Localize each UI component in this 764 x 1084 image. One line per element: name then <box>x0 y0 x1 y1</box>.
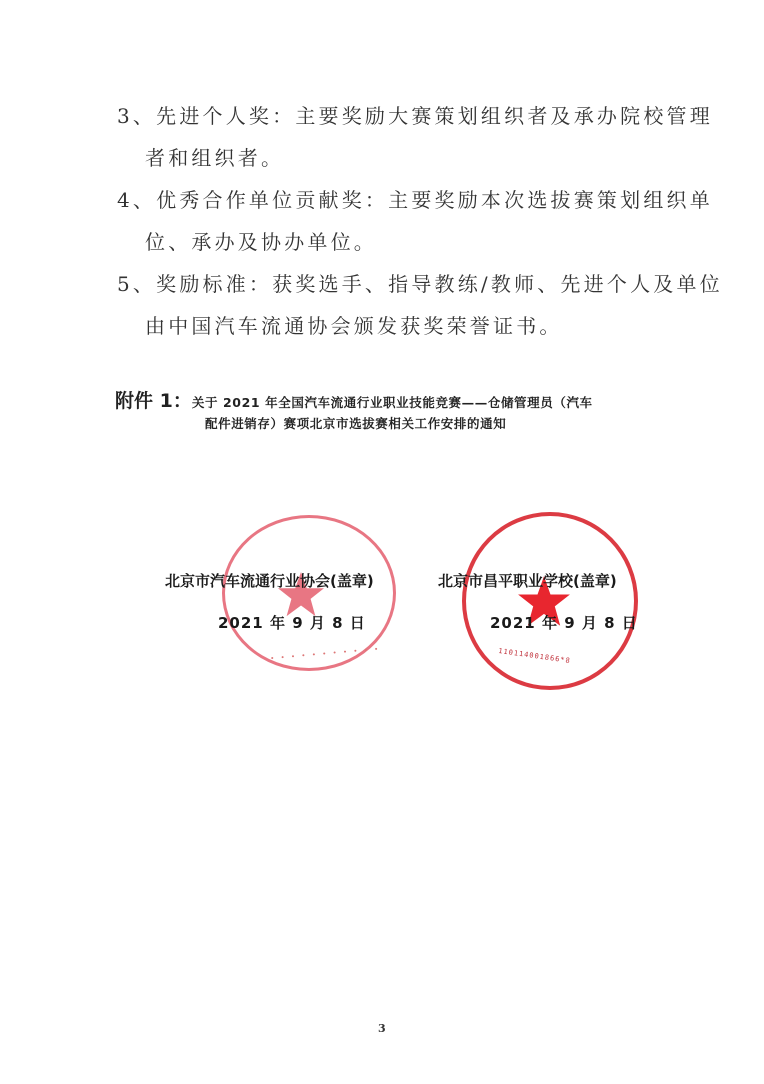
paragraph-4-line-1: 4、优秀合作单位贡献奖：主要奖励本次选拔赛策划组织单 <box>117 184 713 213</box>
attachment-title-line-2: 配件进销存）赛项北京市选拔赛相关工作安排的通知 <box>205 414 506 432</box>
signature-school: 北京市昌平职业学校(盖章) <box>438 570 617 591</box>
signature-association-date: 2021 年 9 月 8 日 <box>218 612 366 633</box>
paragraph-3-line-2: 者和组织者。 <box>145 142 284 171</box>
page-number: 3 <box>378 1022 386 1035</box>
signature-school-date: 2021 年 9 月 8 日 <box>490 612 638 633</box>
attachment-title-line-1: 关于 2021 年全国汽车流通行业职业技能竞赛——仓储管理员（汽车 <box>192 395 593 410</box>
attachment-heading: 附件 1：关于 2021 年全国汽车流通行业职业技能竞赛——仓储管理员（汽车 <box>115 386 593 413</box>
paragraph-5-line-2: 由中国汽车流通协会颁发获奖荣誉证书。 <box>145 310 563 339</box>
attachment-label: 附件 1： <box>115 390 192 412</box>
paragraph-5-line-1: 5、奖励标准：获奖选手、指导教练/教师、先进个人及单位 <box>117 268 723 297</box>
signature-association: 北京市汽车流通行业协会(盖章) <box>165 570 374 591</box>
paragraph-4-line-2: 位、承办及协办单位。 <box>145 226 377 255</box>
paragraph-3-line-1: 3、先进个人奖：主要奖励大赛策划组织者及承办院校管理 <box>117 100 713 129</box>
